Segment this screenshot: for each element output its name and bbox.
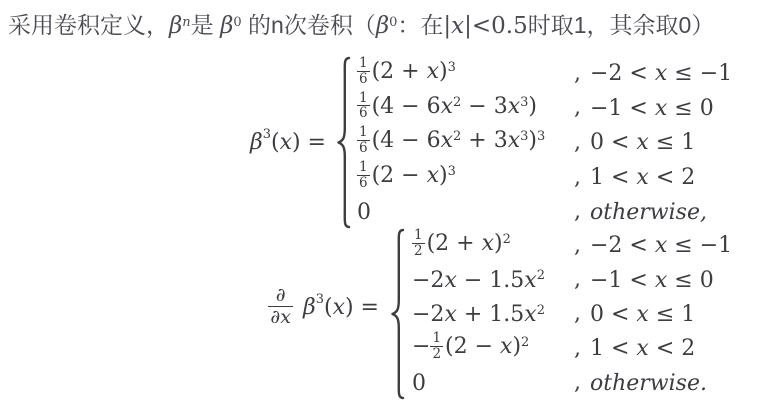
document-page: 采用卷积定义，βn是 β0 的n次卷积（β0：在|x|<0.5时取1，其余取0）…	[0, 0, 770, 401]
text-run: ) =	[292, 130, 333, 155]
fraction-numerator: 1	[357, 160, 370, 175]
row-comma: ,	[574, 267, 590, 292]
text-run: 时取1，其余取0）	[528, 12, 715, 38]
superscript: 2	[453, 129, 461, 144]
text-run: 1 <	[590, 165, 636, 190]
left-brace-beta3	[335, 56, 351, 229]
superscript: 2	[537, 268, 545, 283]
math-variable: x	[655, 96, 667, 121]
text-run: < 2	[649, 336, 695, 361]
fraction-numerator: 1	[357, 56, 370, 71]
text-run: )	[528, 129, 537, 154]
math-variable: x	[280, 130, 292, 155]
row-condition: −1 < x ≤ 0	[590, 95, 732, 121]
math-variable: x	[636, 165, 648, 190]
text-run: |<0.5	[464, 13, 528, 39]
text-run: 1 <	[590, 336, 636, 361]
math-variable: otherwise,	[590, 200, 707, 225]
row-formula: 0	[412, 370, 574, 396]
math-variable: x	[655, 61, 667, 86]
text-run: + 3	[461, 129, 507, 154]
text-run: ≤ 1	[649, 302, 695, 327]
text-run: + 1.5	[457, 302, 524, 327]
row-comma: ,	[574, 301, 590, 326]
fraction-denominator: 2	[412, 243, 425, 259]
math-variable: otherwise.	[590, 371, 707, 396]
superscript: 3	[448, 60, 456, 75]
row-formula: 16(2 + x)3	[357, 58, 574, 88]
fraction-denominator: 6	[357, 71, 370, 87]
piecewise-row: −12(2 − x)2,1 < x < 2	[412, 331, 732, 365]
text-run: )	[528, 94, 537, 119]
piecewise-row: 12(2 + x)2,−2 < x ≤ −1	[412, 228, 732, 262]
fraction-denominator: ∂x	[268, 306, 293, 328]
piecewise-row: 0,otherwise,	[357, 194, 732, 229]
text-run: (	[324, 295, 333, 320]
left-brace-dbeta3	[389, 228, 405, 400]
text-run: |	[443, 13, 451, 39]
text-run: 的n次卷积（	[242, 12, 376, 38]
fraction: 16	[357, 56, 370, 86]
text-run: (4 − 6	[372, 129, 441, 154]
math-variable: x	[655, 268, 667, 293]
text-run: ≤ 1	[649, 130, 695, 155]
row-comma: ,	[574, 165, 590, 190]
fraction-numerator: 1	[357, 91, 370, 106]
text-run: ) =	[345, 295, 386, 320]
dbeta3-lhs: ∂∂x β3(x) =	[0, 279, 386, 335]
text-run: (2 +	[372, 59, 427, 84]
superscript: 2	[521, 335, 529, 350]
row-condition: −2 < x ≤ −1	[590, 232, 732, 258]
row-condition: −1 < x ≤ 0	[590, 267, 732, 293]
math-variable: x	[508, 129, 520, 154]
title-line: 采用卷积定义，βn是 β0 的n次卷积（β0：在|x|<0.5时取1，其余取0）	[8, 6, 714, 44]
row-formula: −12(2 − x)2	[412, 333, 574, 363]
text-run: 0 <	[590, 302, 636, 327]
math-variable: x	[444, 302, 456, 327]
text-run: −	[412, 334, 430, 359]
superscript: 2	[537, 303, 545, 318]
math-variable: x	[482, 231, 494, 256]
superscript: 3	[448, 164, 456, 179]
row-condition: 0 < x ≤ 1	[590, 301, 732, 327]
fraction: ∂∂x	[268, 285, 293, 327]
math-variable: β	[376, 13, 389, 39]
superscript: 3	[520, 129, 528, 144]
text-run: )	[439, 163, 448, 188]
text-run: −1 <	[590, 268, 655, 293]
piecewise-row: −2x + 1.5x2,0 < x ≤ 1	[412, 297, 732, 331]
piecewise-row: 16(4 − 6x2 + 3x3)3,0 < x ≤ 1	[357, 125, 732, 160]
fraction-denominator: 2	[430, 346, 443, 362]
fraction-numerator: 1	[412, 228, 425, 243]
row-formula: 16(4 − 6x2 + 3x3)3	[357, 127, 574, 157]
fraction-numerator: 1	[357, 125, 370, 140]
math-variable: β	[220, 13, 233, 39]
math-variable: x	[441, 129, 453, 154]
piecewise-row: −2x − 1.5x2,−1 < x ≤ 0	[412, 262, 732, 296]
math-variable: x	[427, 163, 439, 188]
fraction: 16	[357, 91, 370, 121]
math-variable: x	[655, 233, 667, 258]
math-variable: x	[500, 334, 512, 359]
text-run: −2	[412, 302, 444, 327]
piecewise-row: 0,otherwise.	[412, 366, 732, 400]
fraction: 16	[357, 125, 370, 155]
row-comma: ,	[574, 199, 590, 224]
math-variable: x	[444, 268, 456, 293]
text-run: −2 <	[590, 233, 655, 258]
math-variable: x	[333, 295, 345, 320]
fraction-denominator: 6	[357, 105, 370, 121]
row-condition: otherwise.	[590, 370, 732, 396]
text-run	[296, 295, 303, 320]
row-comma: ,	[574, 130, 590, 155]
superscript: 3	[537, 129, 545, 144]
piecewise-row: 16(2 − x)3,1 < x < 2	[357, 160, 732, 195]
text-run: (4 − 6	[372, 94, 441, 119]
row-formula: 16(4 − 6x2 − 3x3)	[357, 93, 574, 123]
superscript: 2	[453, 95, 461, 110]
math-variable: x	[636, 130, 648, 155]
text-run: 0 <	[590, 130, 636, 155]
row-comma: ,	[574, 61, 590, 86]
text-run: ≤ 0	[667, 268, 713, 293]
text-run: 采用卷积定义，	[8, 12, 169, 38]
row-formula: −2x + 1.5x2	[412, 301, 574, 327]
row-formula: 0	[357, 199, 574, 225]
beta3-lhs: β3(x) =	[0, 125, 333, 159]
row-condition: 0 < x ≤ 1	[590, 129, 732, 155]
row-condition: 1 < x < 2	[590, 335, 732, 361]
text-run: − 1.5	[457, 268, 524, 293]
row-condition: otherwise,	[590, 199, 732, 225]
fraction: 12	[412, 228, 425, 258]
row-comma: ,	[574, 370, 590, 395]
fraction: 12	[430, 331, 443, 361]
math-variable: x	[427, 59, 439, 84]
math-variable: x	[441, 94, 453, 119]
text-run: )	[512, 334, 521, 359]
text-run: 0	[412, 371, 426, 396]
math-variable: x	[524, 302, 536, 327]
piecewise-row: 16(2 + x)3,−2 < x ≤ −1	[357, 56, 732, 91]
row-formula: −2x − 1.5x2	[412, 267, 574, 293]
superscript: 0	[233, 15, 241, 30]
row-condition: 1 < x < 2	[590, 164, 732, 190]
superscript: 2	[503, 232, 511, 247]
superscript: n	[182, 15, 190, 30]
math-variable: x	[451, 13, 464, 39]
text-run: ≤ −1	[667, 233, 732, 258]
text-run: ：在	[397, 12, 443, 38]
text-run: (2 −	[445, 334, 500, 359]
row-formula: 16(2 − x)3	[357, 162, 574, 192]
fraction-denominator: 6	[357, 175, 370, 191]
text-run: (2 +	[427, 231, 482, 256]
text-run: )	[439, 59, 448, 84]
math-variable: β	[303, 295, 316, 320]
text-run: −2	[412, 268, 444, 293]
text-run: −1 <	[590, 96, 655, 121]
math-variable: β	[169, 13, 182, 39]
text-run: −2 <	[590, 61, 655, 86]
text-run: ≤ −1	[667, 61, 732, 86]
row-comma: ,	[574, 336, 590, 361]
fraction-numerator: ∂	[274, 285, 288, 306]
fraction-denominator: 6	[357, 140, 370, 156]
dbeta3-piecewise-rows: 12(2 + x)2,−2 < x ≤ −1−2x − 1.5x2,−1 < x…	[412, 228, 732, 400]
row-condition: −2 < x ≤ −1	[590, 60, 732, 86]
row-comma: ,	[574, 95, 590, 120]
beta3-piecewise-rows: 16(2 + x)3,−2 < x ≤ −116(4 − 6x2 − 3x3),…	[357, 56, 732, 229]
math-variable: x	[508, 94, 520, 119]
text-run: )	[494, 231, 503, 256]
superscript: 0	[389, 15, 397, 30]
text-run: ≤ 0	[667, 96, 713, 121]
superscript: 3	[520, 95, 528, 110]
math-variable: x	[524, 268, 536, 293]
text-run: < 2	[649, 165, 695, 190]
text-run: (	[271, 130, 280, 155]
text-run: (2 −	[372, 163, 427, 188]
piecewise-row: 16(4 − 6x2 − 3x3),−1 < x ≤ 0	[357, 91, 732, 126]
row-comma: ,	[574, 233, 590, 258]
text-run: − 3	[461, 94, 507, 119]
text-run: 0	[357, 200, 371, 225]
fraction: 16	[357, 160, 370, 190]
fraction-numerator: 1	[430, 331, 443, 346]
row-formula: 12(2 + x)2	[412, 230, 574, 260]
math-variable: x	[636, 302, 648, 327]
math-variable: x	[636, 336, 648, 361]
text-run: 是	[191, 12, 220, 38]
math-variable: β	[250, 130, 263, 155]
